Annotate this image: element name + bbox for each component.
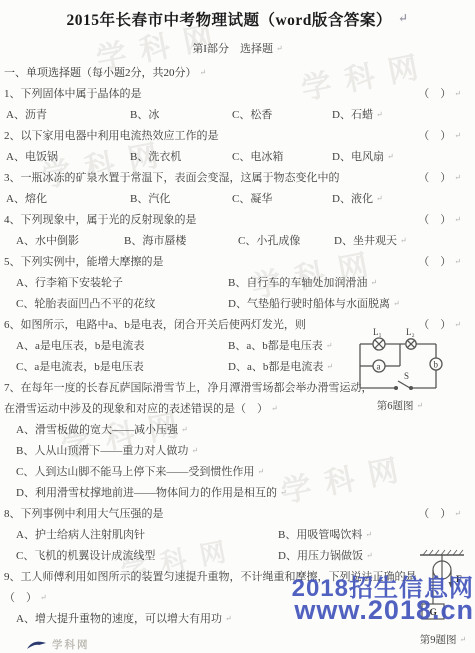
meter-b-label: b [434, 360, 439, 370]
document-page: 学科网 学科网 学科网 学科网 学科网 学科网 学科网 2015年长春市中考物理… [0, 0, 475, 653]
answer-bracket: （ ） [418, 253, 461, 269]
option-a: A、行李箱下安装轮子 [16, 274, 228, 290]
circuit-diagram-icon: L₁ L₂ a b S [352, 328, 448, 396]
option-a: A、熔化 [6, 190, 130, 206]
option-b: B、汽化 [130, 190, 232, 206]
question-stem: 7、在每年一度的长春瓦萨国际滑雪节上，净月潭滑雪场都会举办滑雪运动， [4, 379, 373, 395]
option-c: C、松香 [232, 106, 332, 122]
section-heading: 一、单项选择题（每小题2分，共20分） [0, 62, 475, 82]
answer-bracket: （ ） [418, 505, 461, 521]
option-d: D、液化 [332, 190, 475, 206]
option-d: D、利用滑雪杖撑地前进——物体间力的作用是相互的 [16, 484, 287, 500]
question-stem-continued: （ ） [4, 589, 47, 605]
question-8: 8、下列事例中利用大气压强的是（ ）A、护士给病人注射肌肉针B、用吸管喝饮料C、… [0, 502, 475, 565]
xkw-logo: 学科网 [26, 637, 90, 652]
option-c: C、人到达山脚不能马上停下来——受到惯性作用 [16, 463, 264, 479]
page-title: 2015年长春市中考物理试题（word版含答案） [0, 6, 475, 32]
option-a: A、电饭锅 [6, 148, 130, 164]
option-d: D、坐井观天 [334, 232, 475, 248]
option-b: B、用吸管喝饮料 [278, 526, 475, 542]
question-4: 4、下列现象中，属于光的反射现象的是（ ）A、水中倒影B、海市蜃楼C、小孔成像D… [0, 208, 475, 250]
option-a: A、a是电压表，b是电流表 [16, 337, 228, 353]
option-a: A、增大提升重物的速度，可以增大有用功 [16, 610, 232, 626]
question-5: 5、下列实例中，能增大摩擦的是（ ）A、行李箱下安装轮子B、自行车的车轴处加润滑… [0, 250, 475, 313]
question-stem: 2、以下家用电器中利用电流热效应工作的是 [4, 127, 219, 143]
option-c: C、飞机的机翼设计成流线型 [16, 547, 278, 563]
circuit-figure-caption: 第6题图 [352, 398, 448, 413]
option-c: C、电冰箱 [232, 148, 332, 164]
part-heading: 第I部分 选择题 [0, 38, 475, 58]
option-c: C、轮胎表面凹凸不平的花纹 [16, 295, 228, 311]
pulley-figure-caption: 第9题图 [414, 632, 472, 647]
question-stem: 8、下列事例中利用大气压强的是 [4, 505, 164, 521]
option-a: A、水中倒影 [16, 232, 124, 248]
logo-swoosh-icon [26, 639, 48, 651]
question-stem: 3、一瓶冰冻的矿泉水置于常温下，表面会变湿，这属于物态变化中的 [4, 169, 340, 185]
force-label: F [456, 575, 462, 585]
option-b: B、自行车的车轴处加润滑油 [228, 274, 475, 290]
circuit-figure: L₁ L₂ a b S 第6题图 [352, 328, 448, 413]
question-stem: 9、工人师傅利用如图所示的装置匀速提升重物，不计绳重和摩擦，下列说法正确的是 [4, 568, 417, 584]
lamp1-label: L₁ [373, 328, 382, 337]
option-d: D、电风扇 [332, 148, 475, 164]
option-c: C、小孔成像 [238, 232, 334, 248]
lamp2-label: L₂ [406, 328, 415, 337]
option-b: B、人从山顶滑下——重力对人做功 [16, 442, 198, 458]
question-stem: 1、下列固体中属于晶体的是 [4, 85, 142, 101]
meter-a-label: a [377, 362, 381, 372]
switch-label: S [404, 371, 409, 381]
question-stem: 6、如图所示，电路中a、b是电表，闭合开关后使两灯发光，则 [4, 316, 306, 332]
answer-bracket: （ ） [418, 85, 461, 101]
option-c: C、a是电流表，b是电压表 [16, 358, 228, 374]
question-2: 2、以下家用电器中利用电流热效应工作的是（ ）A、电饭锅B、洗衣机C、电冰箱D、… [0, 124, 475, 166]
question-stem-continued: 在滑雪运动中涉及的现象和对应的表述错误的是（ ） [4, 400, 278, 416]
option-c: C、凝华 [232, 190, 332, 206]
question-stem: 5、下列实例中，能增大摩擦的是 [4, 253, 164, 269]
weight-label: G [430, 608, 438, 618]
part-heading-text: 第I部分 选择题 [192, 40, 282, 56]
pulley-diagram-icon: F G [414, 548, 472, 630]
answer-bracket: （ ） [418, 169, 461, 185]
option-a: A、滑雪板做的宽大——减小压强 [16, 421, 188, 437]
option-b: B、洗衣机 [130, 148, 232, 164]
option-a: A、沥青 [6, 106, 130, 122]
option-d: D、石蜡 [332, 106, 475, 122]
logo-text: 学科网 [52, 637, 90, 652]
answer-bracket: （ ） [418, 127, 461, 143]
question-1: 1、下列固体中属于晶体的是（ ）A、沥青B、冰C、松香D、石蜡 [0, 82, 475, 124]
option-b: B、海市蜃楼 [124, 232, 238, 248]
section-heading-text: 一、单项选择题（每小题2分，共20分） [4, 64, 206, 80]
option-a: A、护士给病人注射肌肉针 [16, 526, 278, 542]
option-d: D、气垫船行驶时船体与水面脱离 [228, 295, 475, 311]
question-3: 3、一瓶冰冻的矿泉水置于常温下，表面会变湿，这属于物态变化中的（ ）A、熔化B、… [0, 166, 475, 208]
pulley-figure: F G 第9题图 [414, 548, 472, 647]
answer-bracket: （ ） [418, 211, 461, 227]
question-9: 9、工人师傅利用如图所示的装置匀速提升重物，不计绳重和摩擦，下列说法正确的是（ … [0, 565, 475, 628]
document-title: 2015年长春市中考物理试题（word版含答案） [66, 8, 391, 30]
option-b: B、冰 [130, 106, 232, 122]
question-stem: 4、下列现象中，属于光的反射现象的是 [4, 211, 197, 227]
